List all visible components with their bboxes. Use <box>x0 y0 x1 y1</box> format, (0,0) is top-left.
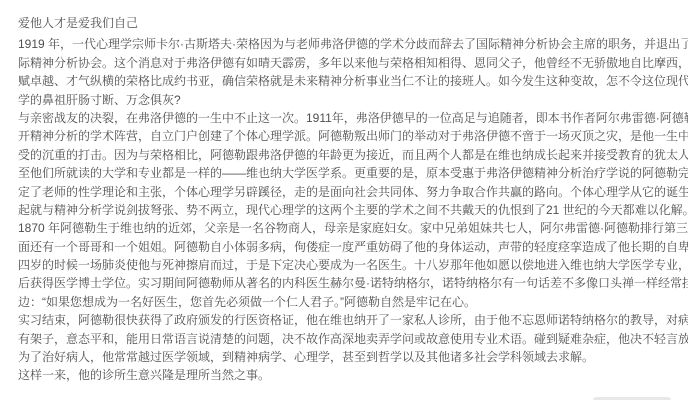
text-line: 面还有一个哥哥和一个姐姐。阿德勒自小体弱多病，佝偻症一度严重妨碍了他的身体运动，… <box>18 238 688 256</box>
article-text: 爱他人才是爱我们自己 1919 年，一代心理学宗师卡尔·古斯塔夫·荣格因为与老师… <box>18 14 688 385</box>
text-line: 为了治好病人，他常常越过医学领域，到精神病学、心理学，甚至到哲学以及其他诸多社会… <box>18 348 688 366</box>
article-body: 1919 年，一代心理学宗师卡尔·古斯塔夫·荣格因为与老师弗洛伊德的学术分歧而辞… <box>18 35 688 384</box>
text-line: 开精神分析的学术阵营，自立门户创建了个体心理学派。阿德勒叛出师门的举动对于弗洛伊… <box>18 127 688 145</box>
paragraph: 实习结束，阿德勒很快获得了政府颁发的行医资格证，他在维也纳开了一家私人诊所，由于… <box>18 311 688 366</box>
paragraph: 1919 年，一代心理学宗师卡尔·古斯塔夫·荣格因为与老师弗洛伊德的学术分歧而辞… <box>18 35 688 109</box>
text-line: 学的鼻祖肝肠寸断、万念俱灰? <box>18 91 688 109</box>
text-line: 实习结束，阿德勒很快获得了政府颁发的行医资格证，他在维也纳开了一家私人诊所，由于… <box>18 311 688 329</box>
text-line: 与亲密战友的决裂，在弗洛伊德的一生中不止这一次。1911年，弗洛伊德早的一位高足… <box>18 109 688 127</box>
text-line: 这样一来，他的诊所生意兴隆是理所当然之事。 <box>18 366 688 384</box>
text-line: 1919 年，一代心理学宗师卡尔·古斯塔夫·荣格因为与老师弗洛伊德的学术分歧而辞… <box>18 35 688 53</box>
text-line: 1870 年阿德勒生于维也纳的近郊，父亲是一名谷物商人，母亲是家庭妇女。家中兄弟… <box>18 219 688 237</box>
text-line: 际精神分析协会。这个消息对于弗洛伊德有如晴天霹雳，多年以来他与荣格相知相得、恩同… <box>18 54 688 72</box>
text-line: 四岁的时候一场肺炎使他与死神擦肩而过，于是下定决心要成为一名医生。十八岁那年他如… <box>18 256 688 274</box>
paragraph: 1870 年阿德勒生于维也纳的近郊，父亲是一名谷物商人，母亲是家庭妇女。家中兄弟… <box>18 219 688 311</box>
article-title: 爱他人才是爱我们自己 <box>18 14 688 32</box>
text-line: 定了老师的性学理论和主张，个体心理学另辟蹊径，走的是面向社会共同体、努力争取合作… <box>18 183 688 201</box>
text-line: 受的沉重的打击。因为与荣格相比，阿德勒跟弗洛伊德的年龄更为接近，而且两个人都是在… <box>18 146 688 164</box>
text-line: 有架子，意态平和，能用日常语言说清楚的问题，决不故作高深地卖弄学问或故意使用专业… <box>18 330 688 348</box>
text-line: 赋卓越、才气纵横的荣格比成约书亚，确信荣格就是未来精神分析事业当仁不让的接班人。… <box>18 72 688 90</box>
text-line: 边：“如果您想成为一名好医生，您首先必须做一个仁人君子。”阿德勒自然是牢记在心。 <box>18 293 688 311</box>
text-line: 起就与精神分析学说剑拔弩张、势不两立，现代心理学的这两个主要的学术之间不共戴天的… <box>18 201 688 219</box>
text-line: 后获得医学博士学位。实习期间阿德勒师从著名的内科医生赫尔曼·诺特纳格尔，诺特纳格… <box>18 274 688 292</box>
text-line: 至他们所就读的大学和专业都是一样的——维也纳大学医学系。更重要的是，原本受惠于弗… <box>18 164 688 182</box>
paragraph: 与亲密战友的决裂，在弗洛伊德的一生中不止这一次。1911年，弗洛伊德早的一位高足… <box>18 109 688 219</box>
paragraph: 这样一来，他的诊所生意兴隆是理所当然之事。 <box>18 366 688 384</box>
